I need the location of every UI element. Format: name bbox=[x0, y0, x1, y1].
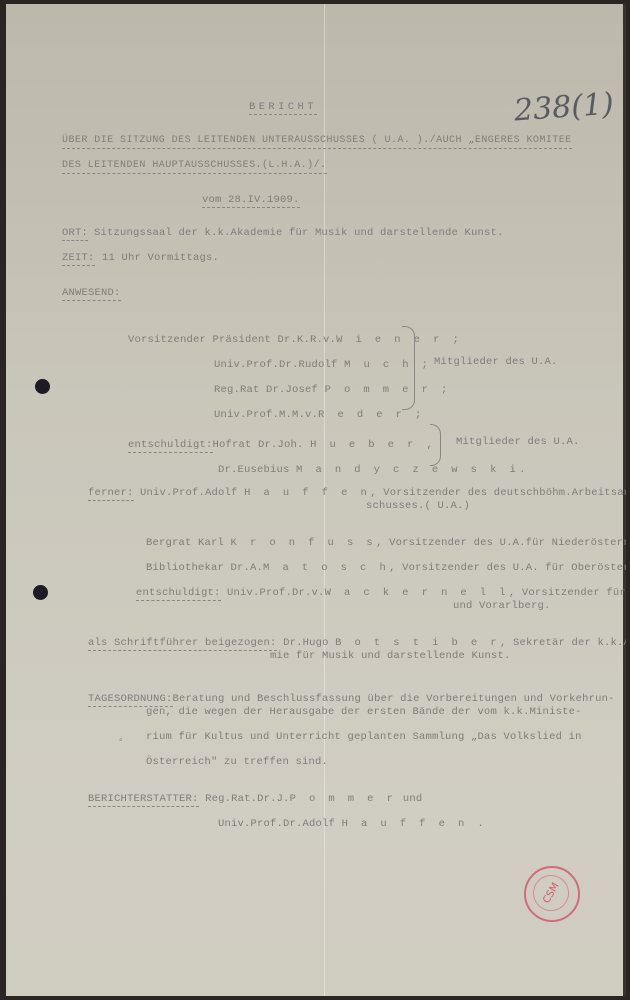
subtitle-line-2: DES LEITENDEN HAUPTAUSSCHUSSES.(L.H.A.)/… bbox=[62, 160, 327, 174]
ort-value: Sitzungssaal der k.k.Akademie für Musik … bbox=[94, 227, 504, 239]
ferner-line-1-cont: schusses.( U.A.) bbox=[366, 500, 470, 512]
punch-hole-top bbox=[35, 379, 50, 394]
ferner-line-1: ferner: Univ.Prof.Adolf H a u f f e n, V… bbox=[62, 475, 626, 511]
ferner-excused-cont: und Vorarlberg. bbox=[453, 600, 551, 612]
archive-stamp: CSM bbox=[524, 866, 580, 922]
subtitle-line-1: ÜBER DIE SITZUNG DES LEITENDEN UNTERAUSS… bbox=[62, 135, 572, 149]
zeit-value: 11 Uhr Vormittags. bbox=[102, 252, 219, 264]
punch-hole-bottom bbox=[33, 585, 48, 600]
schriftfuehrer-cont: mie für Musik und darstellende Kunst. bbox=[270, 650, 511, 662]
stamp-text: CSM bbox=[526, 868, 575, 917]
members-group-label: Mitglieder des U.A. bbox=[434, 356, 558, 368]
document-page: 238(1) BERICHT ÜBER DIE SITZUNG DES LEIT… bbox=[6, 4, 626, 996]
tagesordnung-line-2: gen, die wegen der Herausgabe der ersten… bbox=[146, 706, 582, 718]
tagesordnung-line-3: rium für Kultus und Unterricht geplanten… bbox=[146, 731, 582, 743]
anwesend-label: ANWESEND: bbox=[62, 287, 121, 301]
archive-number: 238(1) bbox=[513, 87, 615, 129]
tagesordnung-line-4: Österreich" zu treffen sind. bbox=[146, 756, 328, 768]
zeit-label: ZEIT: bbox=[62, 252, 95, 266]
ort-label: ORT: bbox=[62, 227, 88, 241]
date-line: vom 28.IV.1909. bbox=[202, 194, 300, 208]
berichterstatter-line-2: Univ.Prof.Dr.Adolf H a u f f e n . bbox=[192, 806, 487, 842]
excused-brace bbox=[430, 424, 441, 466]
excused-group-label: Mitglieder des U.A. bbox=[456, 436, 580, 448]
pencil-mark: ⸗ bbox=[118, 735, 123, 745]
members-brace bbox=[402, 326, 415, 410]
heading: BERICHT bbox=[249, 101, 317, 115]
